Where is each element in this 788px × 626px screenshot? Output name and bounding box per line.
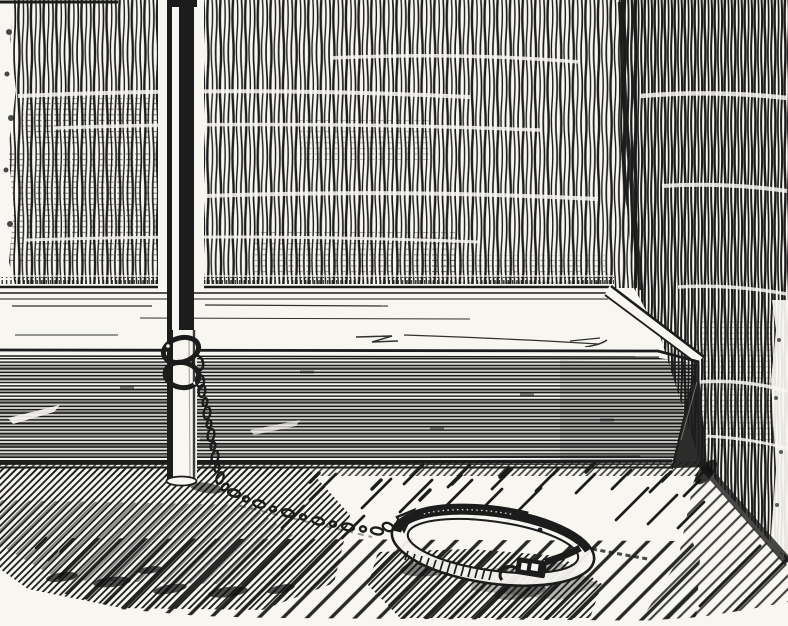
water-surface bbox=[0, 300, 610, 348]
engraving-figure: Stable interior wood engraving bbox=[0, 0, 788, 626]
trough-bottom-edge bbox=[0, 461, 672, 463]
post-upper-dark bbox=[179, 0, 194, 336]
trough bbox=[0, 284, 707, 469]
trough-front-face bbox=[0, 358, 697, 469]
wall-left bbox=[0, 0, 637, 288]
engraving-canvas: Stable interior wood engraving bbox=[0, 0, 788, 626]
